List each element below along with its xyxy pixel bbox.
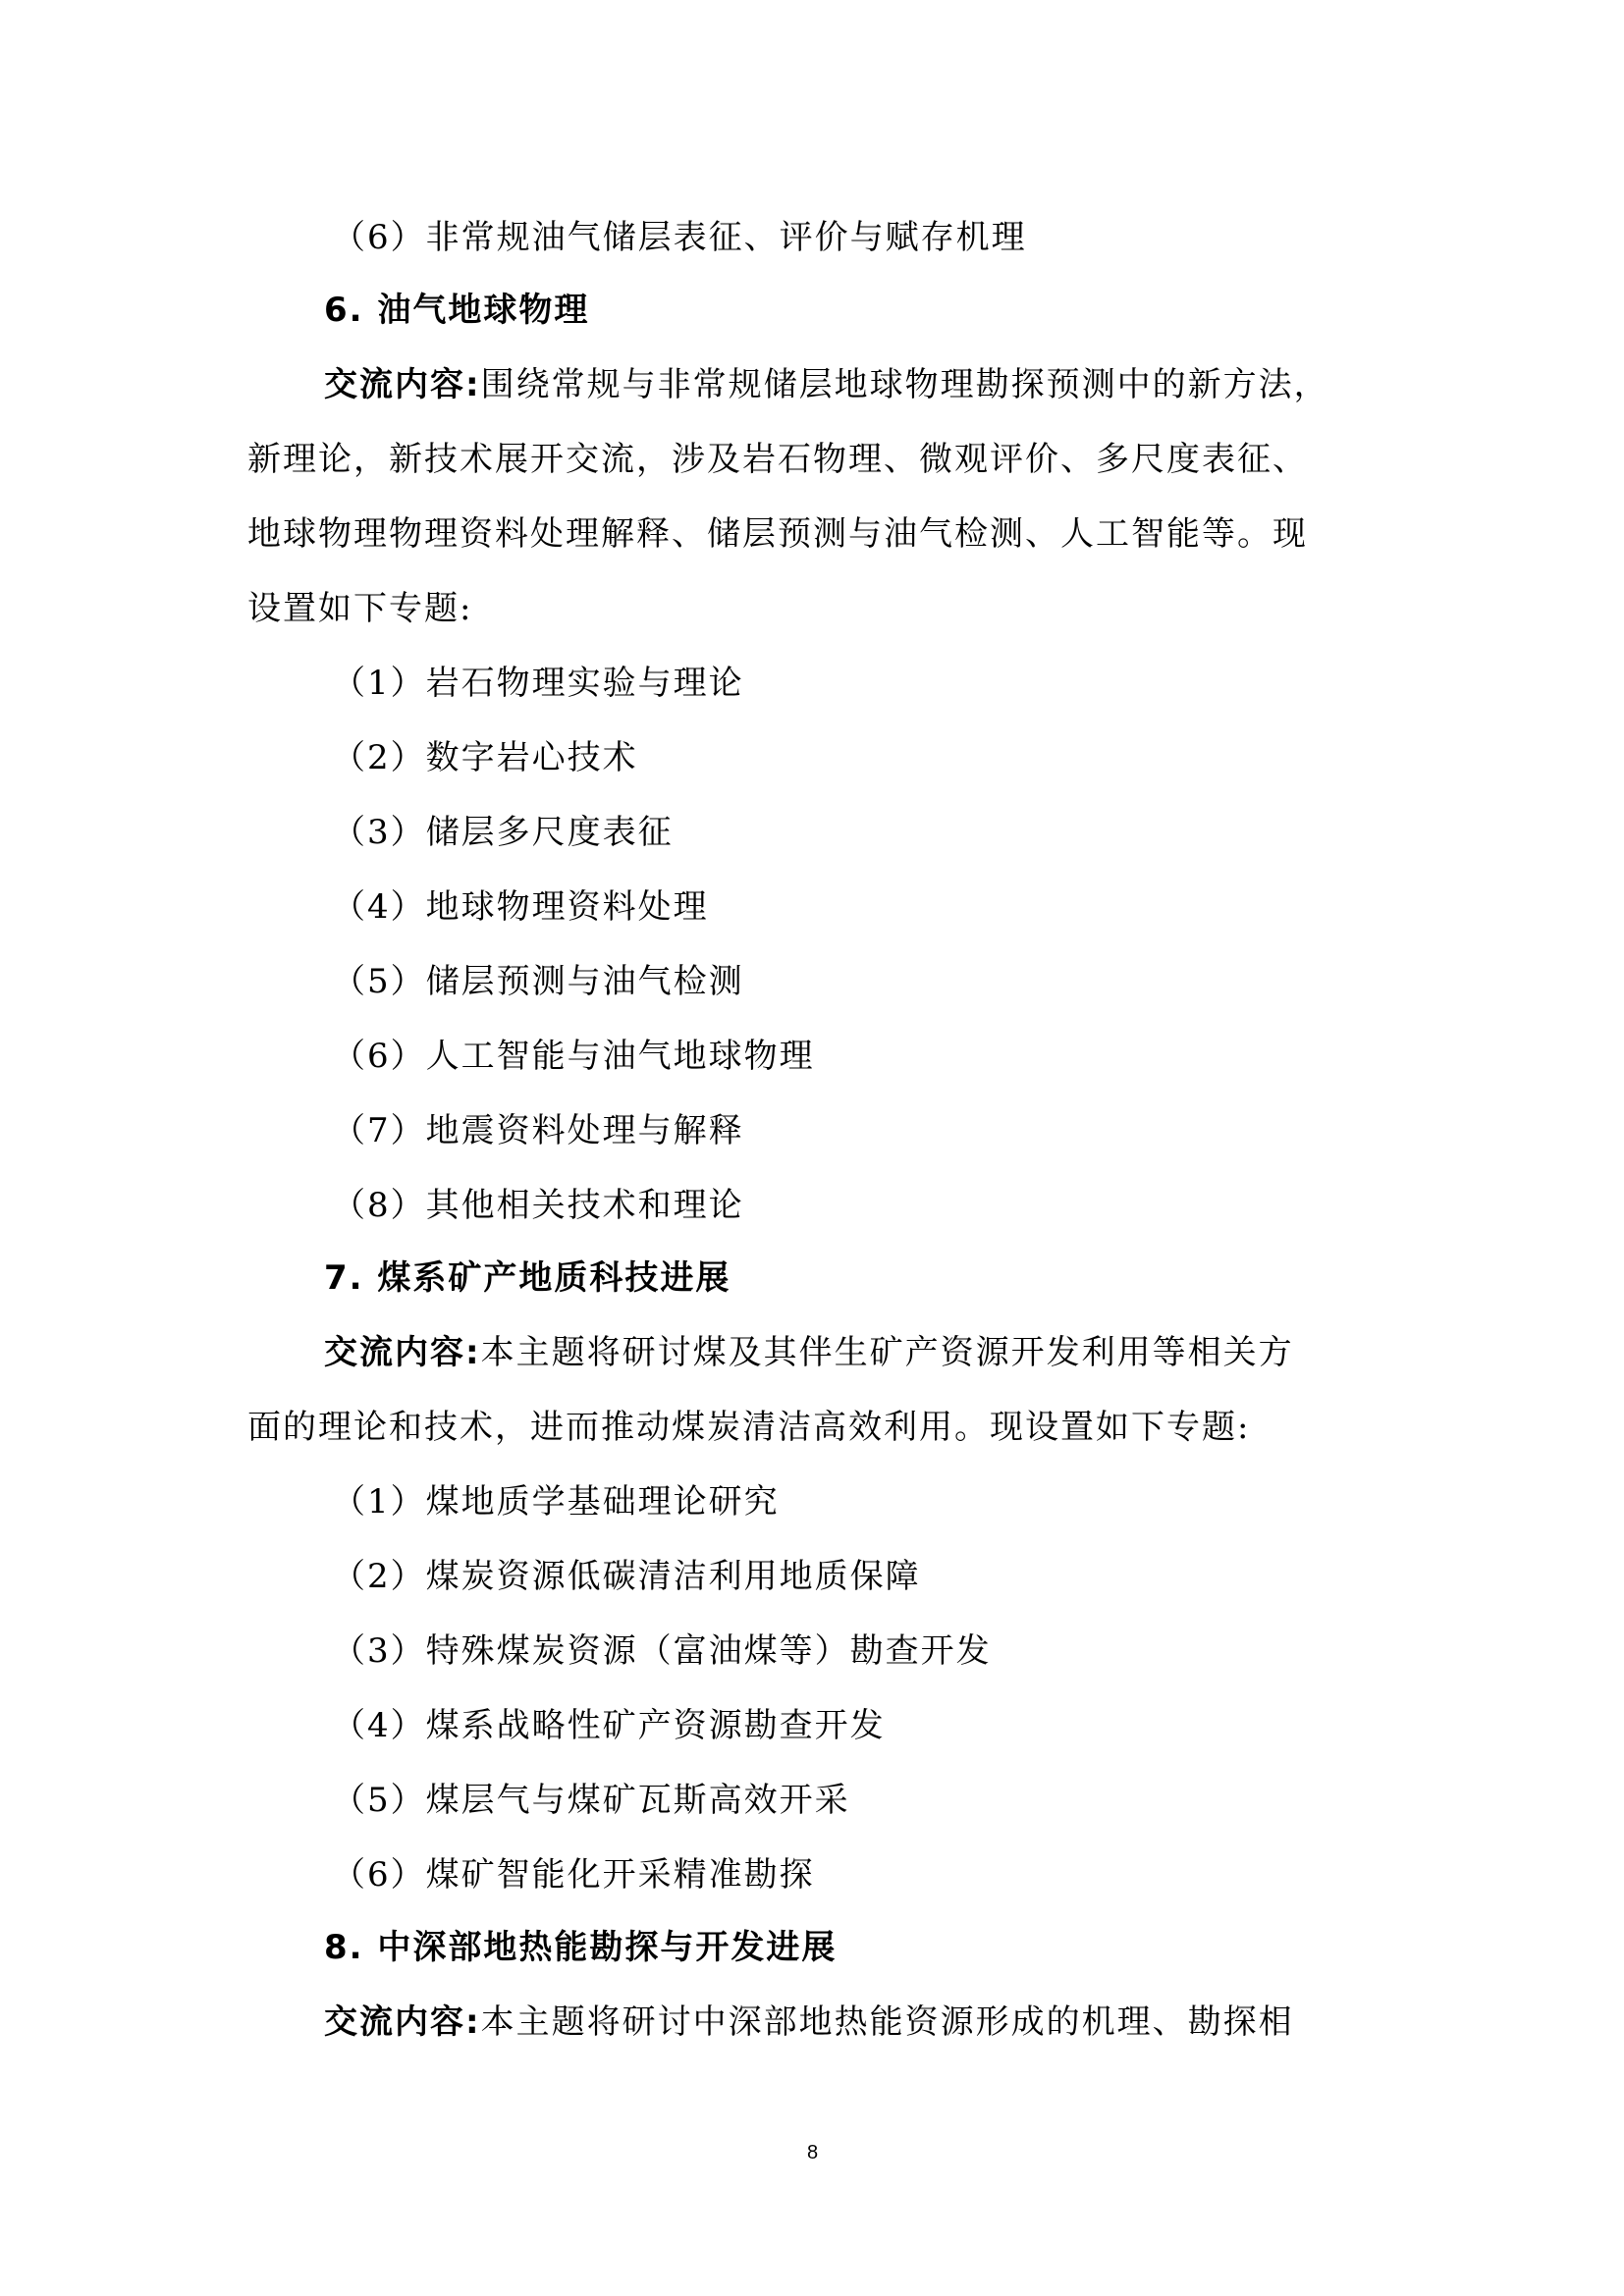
section-heading: 6. 油气地球物理 xyxy=(324,291,589,330)
list-item: （3）储层多尺度表征 xyxy=(332,813,674,852)
list-item: （3）特殊煤炭资源（富油煤等）勘查开发 xyxy=(332,1631,992,1671)
list-item: （4）煤系战略性矿产资源勘查开发 xyxy=(332,1706,886,1745)
paragraph-lead: 交流内容: xyxy=(324,365,481,404)
paragraph-line: 交流内容:本主题将研讨中深部地热能资源形成的机理、勘探相 xyxy=(324,2002,1294,2042)
paragraph-text: 本主题将研讨煤及其伴生矿产资源开发利用等相关方 xyxy=(481,1333,1294,1372)
list-item: （2）煤炭资源低碳清洁利用地质保障 xyxy=(332,1557,921,1596)
paragraph-line: 设置如下专题: xyxy=(247,589,472,628)
paragraph-text: 围绕常规与非常规储层地球物理勘探预测中的新方法， xyxy=(481,365,1329,404)
list-item: （8）其他相关技术和理论 xyxy=(332,1186,744,1225)
paragraph-text: 本主题将研讨中深部地热能资源形成的机理、勘探相 xyxy=(481,2002,1294,2042)
paragraph-line: 面的理论和技术，进而推动煤炭清洁高效利用。现设置如下专题: xyxy=(247,1408,1250,1447)
paragraph-lead: 交流内容: xyxy=(324,2002,481,2042)
paragraph-line: 新理论，新技术展开交流，涉及岩石物理、微观评价、多尺度表征、 xyxy=(247,440,1308,479)
list-item: （1）煤地质学基础理论研究 xyxy=(332,1482,780,1522)
paragraph-line: 交流内容:围绕常规与非常规储层地球物理勘探预测中的新方法， xyxy=(324,365,1329,404)
section-heading: 8. 中深部地热能勘探与开发进展 xyxy=(324,1928,837,1967)
list-item: （4）地球物理资料处理 xyxy=(332,887,709,927)
paragraph-line: 交流内容:本主题将研讨煤及其伴生矿产资源开发利用等相关方 xyxy=(324,1333,1294,1372)
page-number: 8 xyxy=(807,2142,818,2164)
list-item: （2）数字岩心技术 xyxy=(332,738,638,777)
paragraph-lead: 交流内容: xyxy=(324,1333,481,1372)
list-item: （6）煤矿智能化开采精准勘探 xyxy=(332,1855,815,1895)
list-item: （1）岩石物理实验与理论 xyxy=(332,664,744,703)
list-item: （5）储层预测与油气检测 xyxy=(332,962,744,1001)
list-item: （6）人工智能与油气地球物理 xyxy=(332,1037,815,1076)
list-item: （5）煤层气与煤矿瓦斯高效开采 xyxy=(332,1781,850,1820)
list-item: （7）地震资料处理与解释 xyxy=(332,1111,744,1150)
paragraph-line: 地球物理物理资料处理解释、储层预测与油气检测、人工智能等。现 xyxy=(247,514,1308,554)
list-item: （6）非常规油气储层表征、评价与赋存机理 xyxy=(332,218,1027,257)
section-heading: 7. 煤系矿产地质科技进展 xyxy=(324,1258,731,1298)
